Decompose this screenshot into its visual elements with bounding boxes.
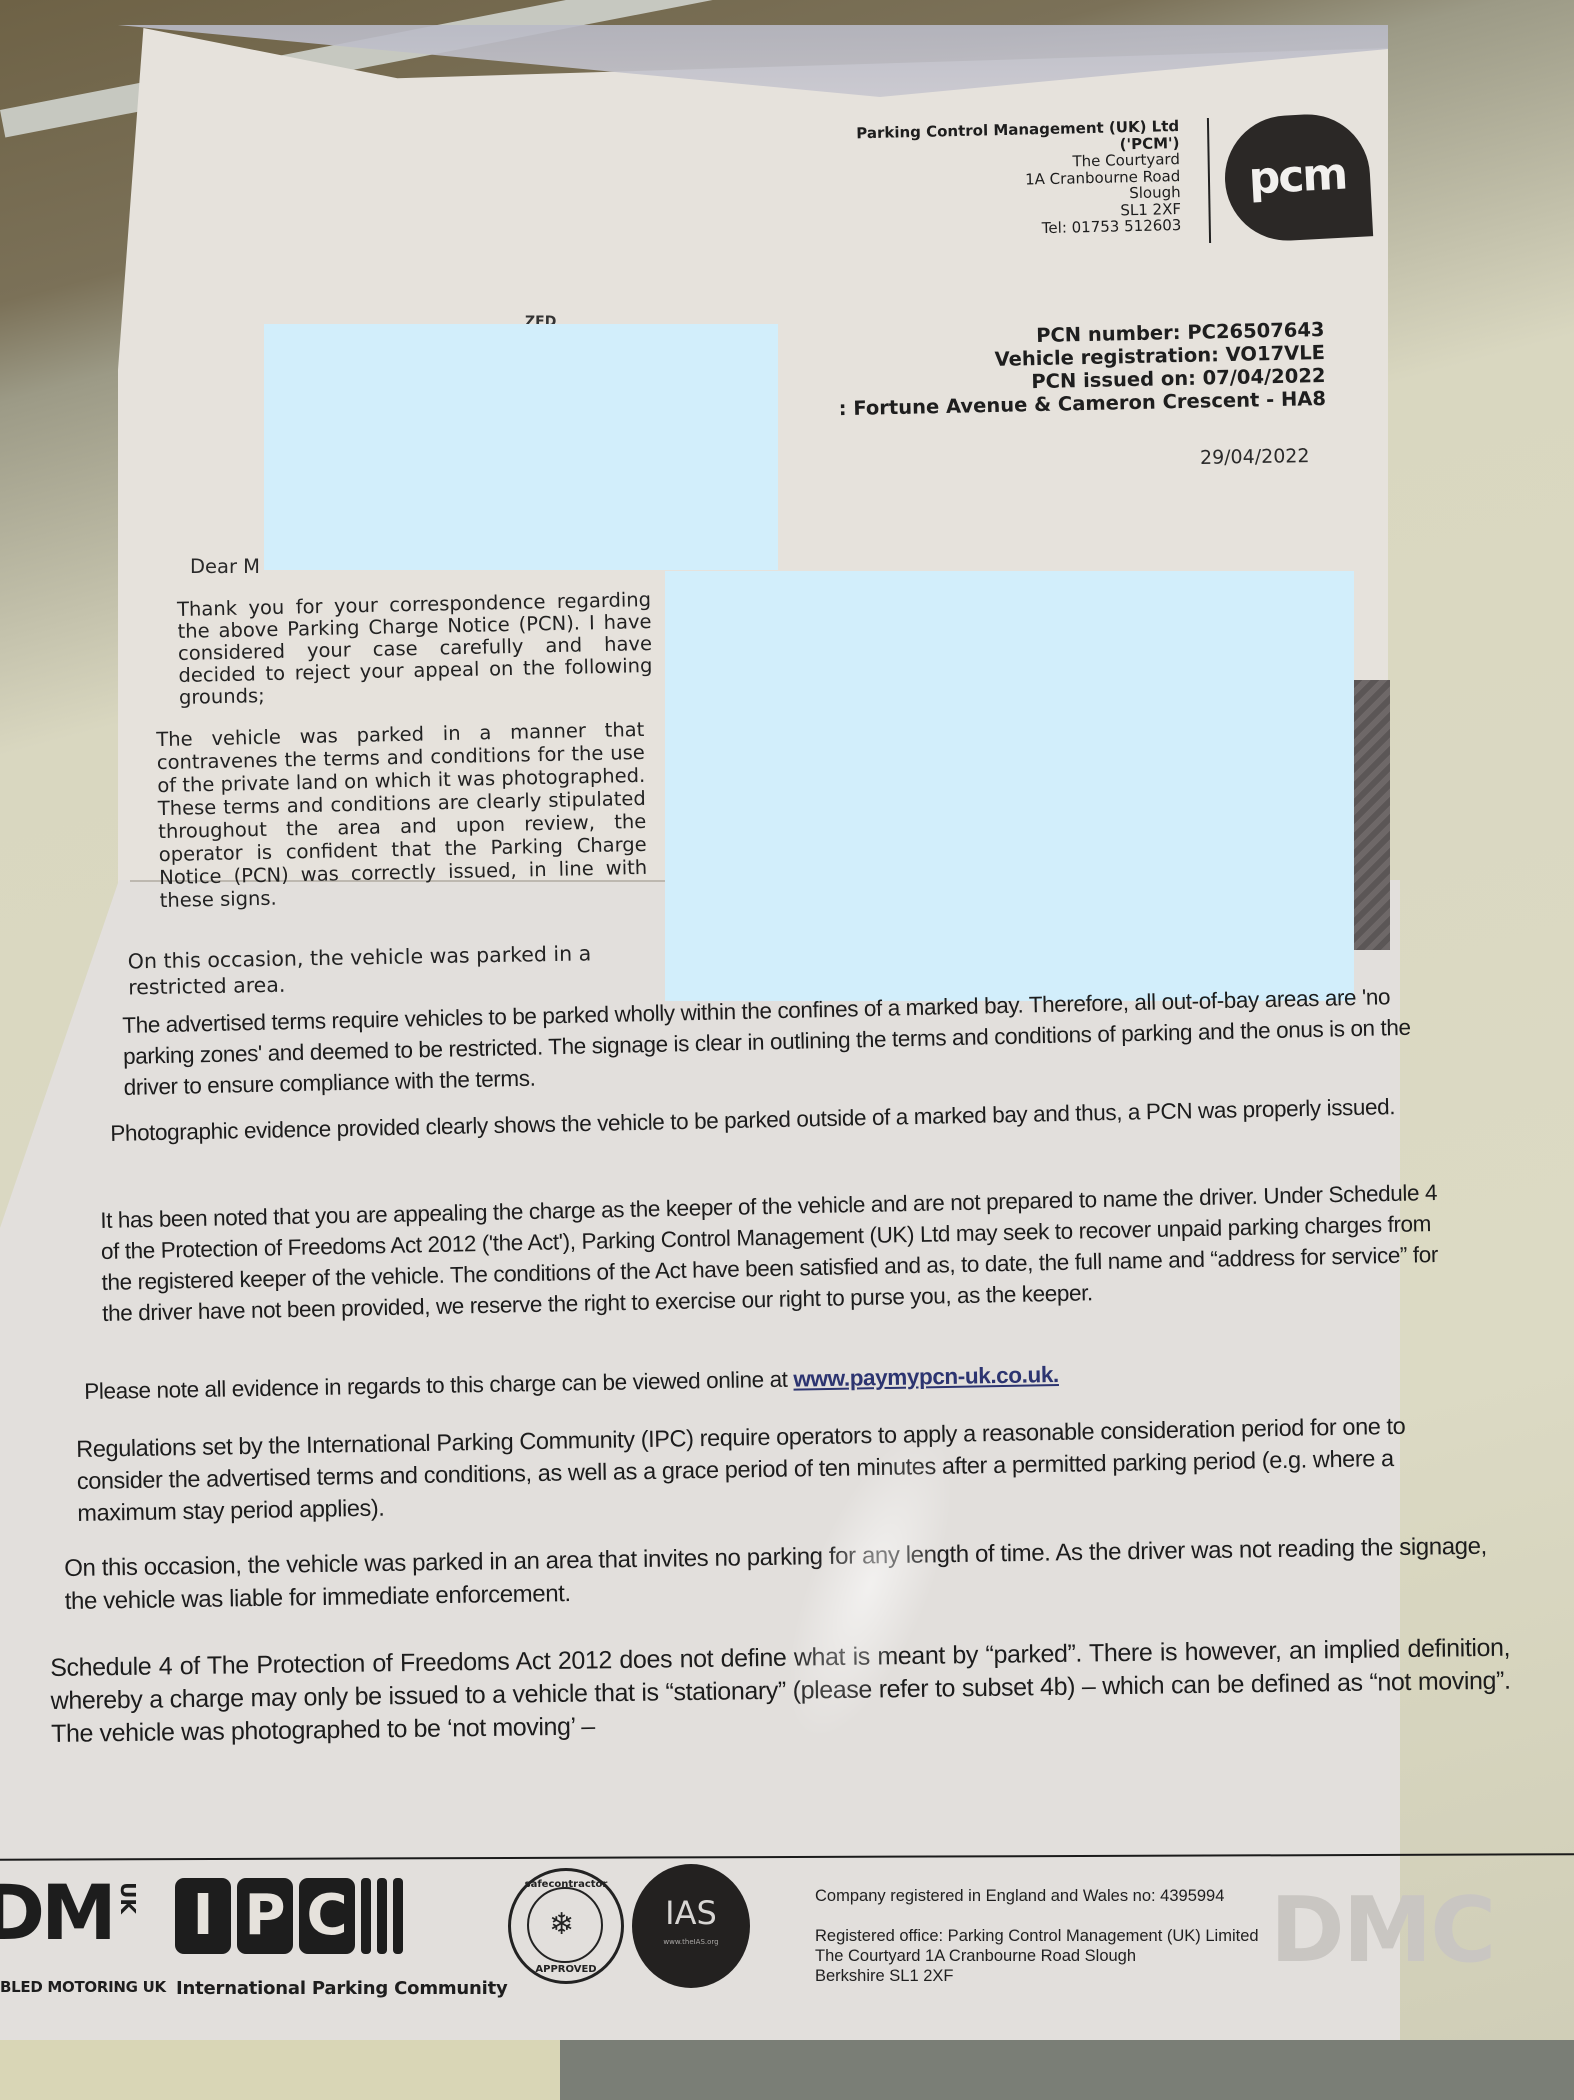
ias-badge: IAS www.theIAS.org bbox=[632, 1864, 750, 1988]
pcm-logo: pcm bbox=[1222, 111, 1373, 243]
safecontractor-emblem-icon: ❄ bbox=[549, 1907, 574, 1942]
registration-number: Company registered in England and Wales … bbox=[815, 1886, 1259, 1906]
ipc-logo: I P C bbox=[175, 1878, 403, 1954]
safecontractor-badge: safecontractor ❄ APPROVED bbox=[508, 1868, 624, 1984]
disabled-motoring-uk-mark: UK bbox=[118, 1882, 138, 1914]
disabled-motoring-caption: BLED MOTORING UK bbox=[0, 1978, 166, 1996]
letter-date: 29/04/2022 bbox=[1200, 445, 1310, 469]
ipc-letter: C bbox=[299, 1878, 355, 1954]
registered-office-address: The Courtyard 1A Cranbourne Road Slough bbox=[815, 1946, 1259, 1966]
ipc-bar-icon bbox=[393, 1878, 403, 1954]
registered-office: Registered office: Parking Control Manag… bbox=[815, 1926, 1259, 1946]
safecontractor-title: safecontractor bbox=[511, 1879, 621, 1890]
registered-office-county: Berkshire SL1 2XF bbox=[815, 1966, 1259, 1986]
paragraph-intro: Thank you for your correspondence regard… bbox=[177, 589, 653, 709]
paymypcn-link[interactable]: www.paymypcn-uk.co.uk. bbox=[793, 1362, 1059, 1392]
ipc-bar-icon bbox=[361, 1878, 371, 1954]
pcn-details: PCN number: PC26507643 Vehicle registrat… bbox=[837, 318, 1326, 420]
ipc-letter: I bbox=[175, 1878, 231, 1954]
sender-address: Parking Control Management (UK) Ltd ('PC… bbox=[856, 118, 1181, 241]
salutation: Dear M bbox=[190, 555, 260, 578]
company-registration: Company registered in England and Wales … bbox=[815, 1886, 1259, 1986]
pcm-logo-text: pcm bbox=[1224, 147, 1371, 206]
ias-url: www.theIAS.org bbox=[632, 1938, 750, 1946]
show-through-watermark: DMC bbox=[1270, 1878, 1494, 1983]
redaction-box-recipient bbox=[264, 324, 778, 570]
disabled-motoring-logo: DM bbox=[0, 1875, 113, 1951]
background-table bbox=[0, 2030, 560, 2100]
redaction-box-photo bbox=[665, 571, 1354, 1001]
evidence-photo-edge bbox=[1354, 680, 1390, 950]
paragraph-restricted-area: On this occasion, the vehicle was parked… bbox=[128, 940, 639, 1001]
safecontractor-approved: APPROVED bbox=[511, 1964, 621, 1975]
ipc-letter: P bbox=[237, 1878, 293, 1954]
ias-text: IAS bbox=[632, 1894, 750, 1932]
ipc-bar-icon bbox=[377, 1878, 387, 1954]
paragraph-contravention: The vehicle was parked in a manner that … bbox=[156, 718, 648, 912]
ipc-caption: International Parking Community bbox=[176, 1978, 508, 1999]
